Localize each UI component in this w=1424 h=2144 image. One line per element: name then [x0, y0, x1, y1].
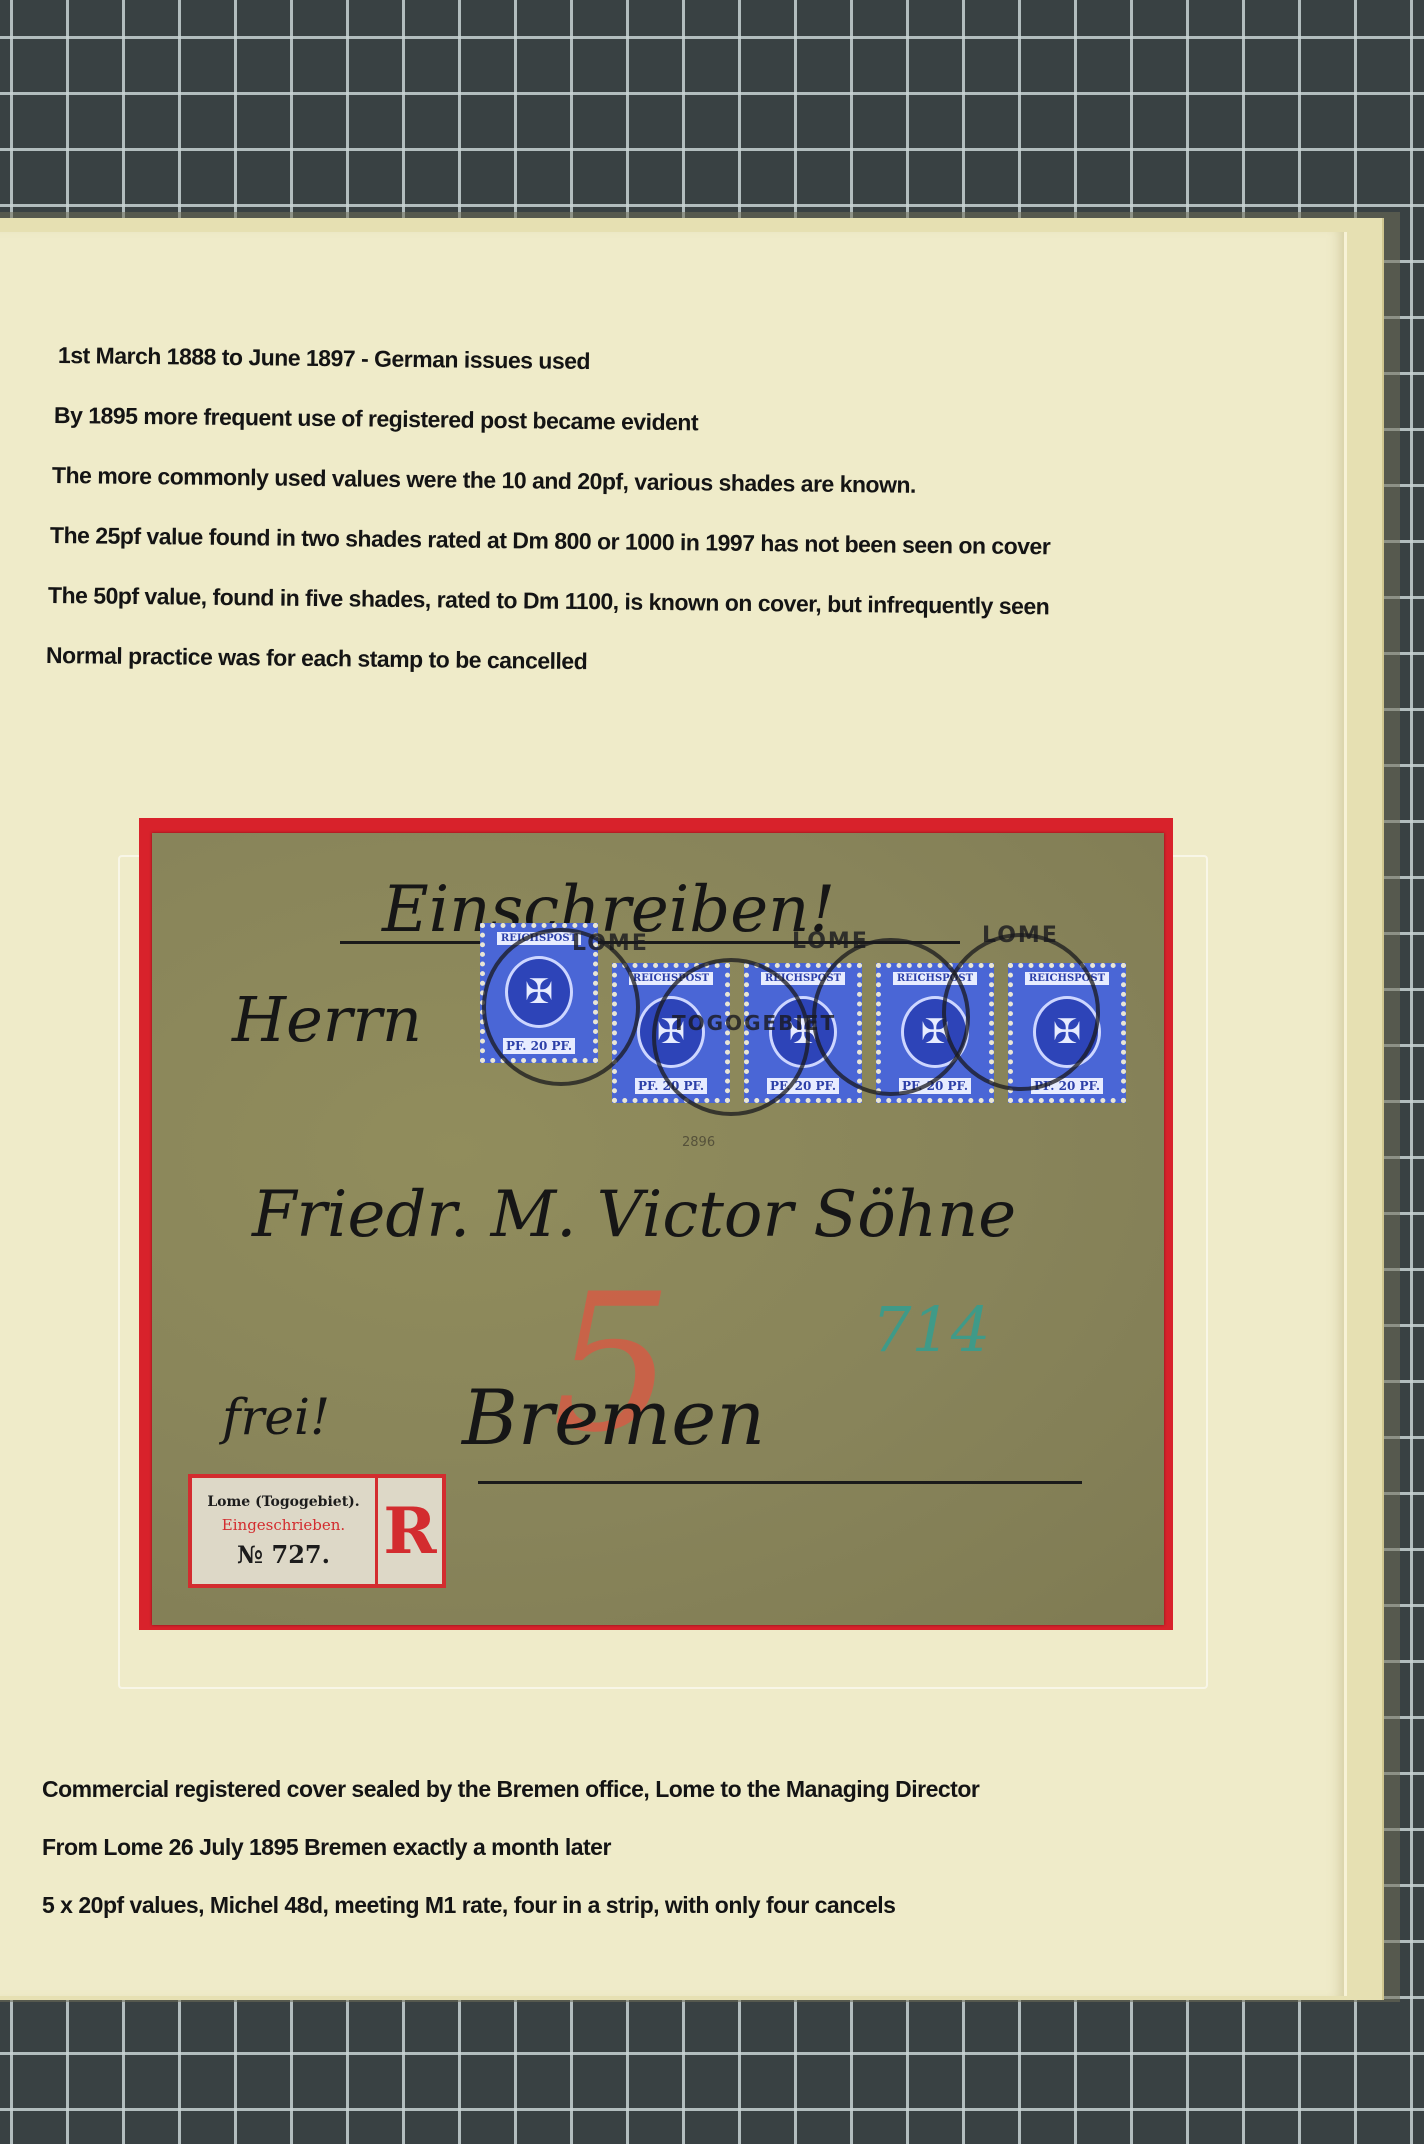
caption-line: 5 x 20pf values, Michel 48d, meeting M1 … — [42, 1892, 895, 1919]
caption-line: Commercial registered cover sealed by th… — [42, 1776, 979, 1803]
green-crayon-note: 714 — [872, 1293, 990, 1366]
handwriting-salutation: Herrn — [232, 983, 422, 1056]
handwriting-city: Bremen — [462, 1373, 765, 1462]
intro-line: 1st March 1888 to June 1897 - German iss… — [58, 342, 590, 375]
registration-office: Lome (Togogebiet). — [207, 1494, 359, 1510]
postmark-text: TOGOGEBIET — [672, 1011, 836, 1035]
postmark-circle — [652, 958, 810, 1116]
postmark-circle — [942, 933, 1100, 1091]
pencil-note: 2896 — [682, 1135, 715, 1150]
registration-number: № 727. — [237, 1540, 330, 1569]
registration-label: Lome (Togogebiet). Eingeschrieben. № 727… — [188, 1474, 446, 1588]
registration-label-text: Lome (Togogebiet). Eingeschrieben. № 727… — [192, 1478, 378, 1584]
city-underline-rule — [478, 1481, 1082, 1484]
intro-line: The 50pf value, found in five shades, ra… — [48, 582, 1050, 620]
registration-type: Eingeschrieben. — [222, 1516, 345, 1534]
postmark-text: LOME — [572, 931, 649, 956]
handwriting-free: frei! — [222, 1388, 330, 1446]
registered-r-icon: R — [378, 1478, 442, 1584]
intro-line: The 25pf value found in two shades rated… — [50, 522, 1051, 560]
intro-line: The more commonly used values were the 1… — [52, 462, 916, 499]
handwriting-addressee: Friedr. M. Victor Söhne — [252, 1178, 1016, 1252]
postmark-text: LOME — [792, 929, 869, 954]
postmark-text: LOME — [982, 923, 1059, 948]
intro-line: By 1895 more frequent use of registered … — [54, 402, 698, 436]
caption-line: From Lome 26 July 1895 Bremen exactly a … — [42, 1834, 611, 1861]
intro-line: Normal practice was for each stamp to be… — [46, 642, 588, 675]
